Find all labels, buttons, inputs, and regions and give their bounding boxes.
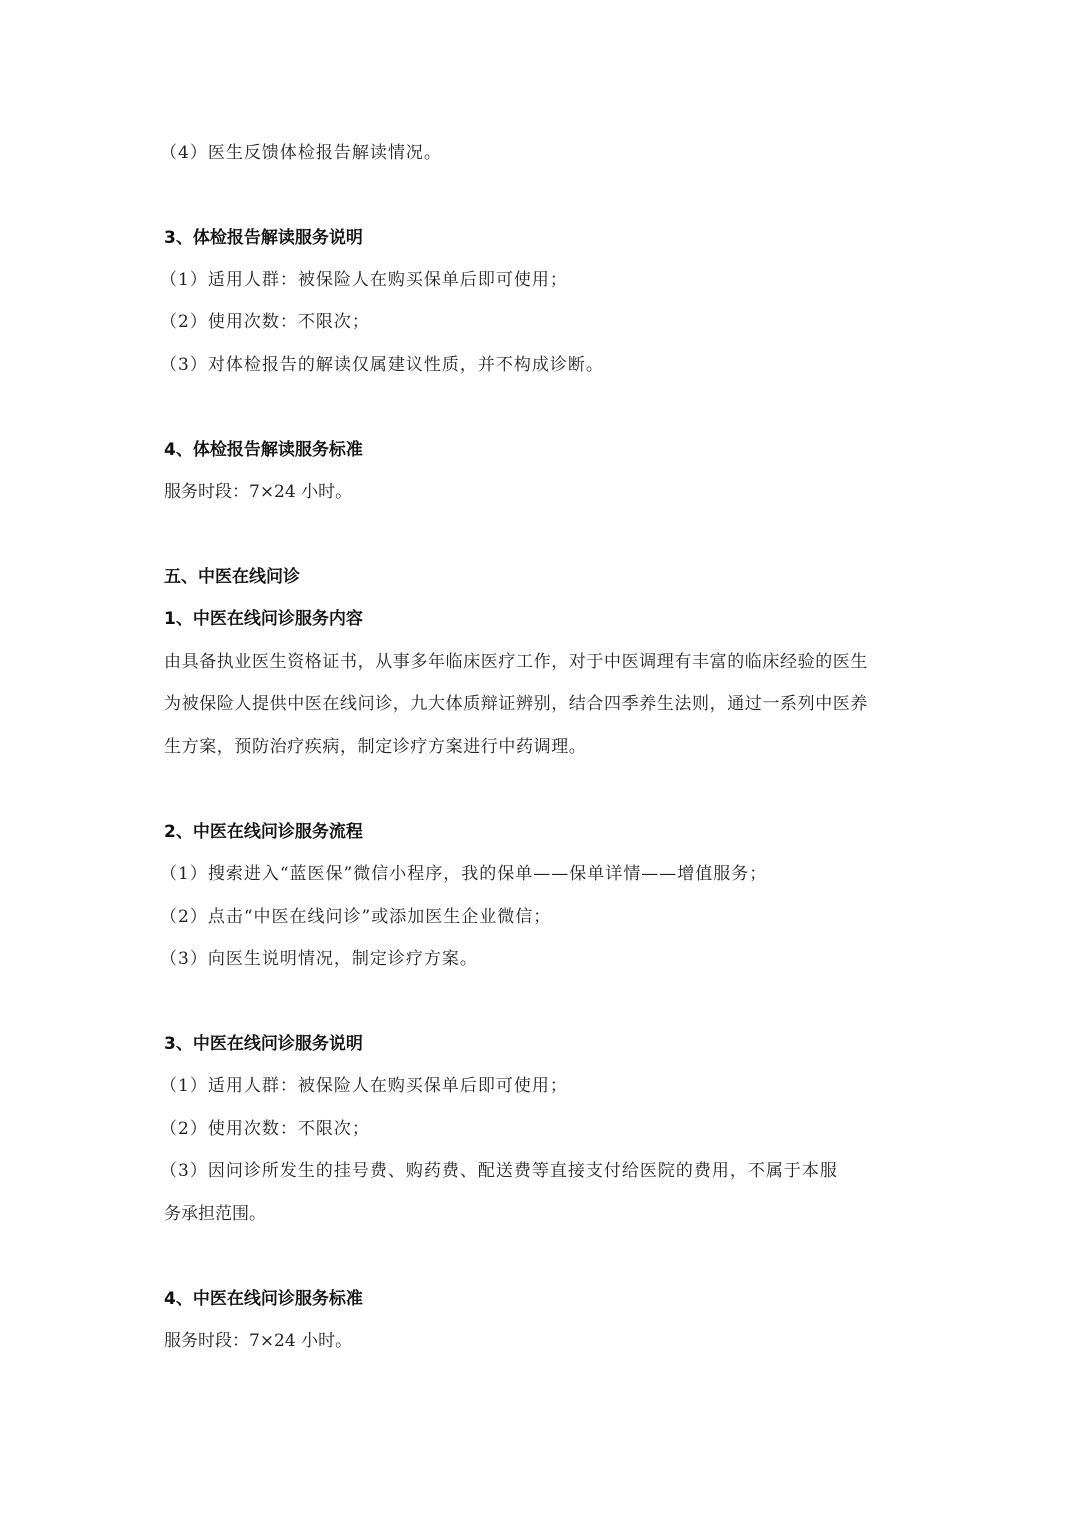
list-item: （2）使用次数：不限次； bbox=[160, 1117, 370, 1141]
paragraph: 由具备执业医生资格证书，从事多年临床医疗工作，对于中医调理有丰富的临床经验的医生 bbox=[164, 650, 868, 674]
list-item: （1）搜索进入“蓝医保”微信小程序，我的保单——保单详情——增值服务； bbox=[160, 862, 767, 886]
list-item: （1）适用人群：被保险人在购买保单后即可使用； bbox=[160, 268, 568, 292]
list-item: （3）向医生说明情况，制定诊疗方案。 bbox=[160, 947, 478, 971]
section-heading: 3、体检报告解读服务说明 bbox=[164, 226, 363, 250]
list-item: （4）医生反馈体检报告解读情况。 bbox=[160, 141, 442, 165]
section-heading: 4、体检报告解读服务标准 bbox=[164, 438, 363, 462]
list-item: （2）使用次数：不限次； bbox=[160, 310, 370, 334]
section-heading: 3、中医在线问诊服务说明 bbox=[164, 1032, 363, 1056]
paragraph: 服务时段：7×24 小时。 bbox=[164, 1329, 352, 1353]
section-heading: 4、中医在线问诊服务标准 bbox=[164, 1287, 363, 1311]
list-item: （3）对体检报告的解读仅属建议性质，并不构成诊断。 bbox=[160, 353, 604, 377]
section-heading: 2、中医在线问诊服务流程 bbox=[164, 820, 363, 844]
paragraph: 生方案，预防治疗疾病，制定诊疗方案进行中药调理。 bbox=[164, 735, 586, 759]
section-heading: 1、中医在线问诊服务内容 bbox=[164, 607, 363, 631]
list-item: （1）适用人群：被保险人在购买保单后即可使用； bbox=[160, 1074, 568, 1098]
paragraph: 服务时段：7×24 小时。 bbox=[164, 480, 352, 504]
chapter-heading: 五、中医在线问诊 bbox=[164, 565, 300, 589]
paragraph: 为被保险人提供中医在线问诊，九大体质辩证辨别，结合四季养生法则，通过一系列中医养 bbox=[164, 692, 868, 716]
list-item: （3）因问诊所发生的挂号费、购药费、配送费等直接支付给医院的费用，不属于本服 bbox=[160, 1159, 838, 1183]
paragraph: 务承担范围。 bbox=[164, 1202, 266, 1226]
list-item: （2）点击“中医在线问诊”或添加医生企业微信； bbox=[160, 905, 551, 929]
